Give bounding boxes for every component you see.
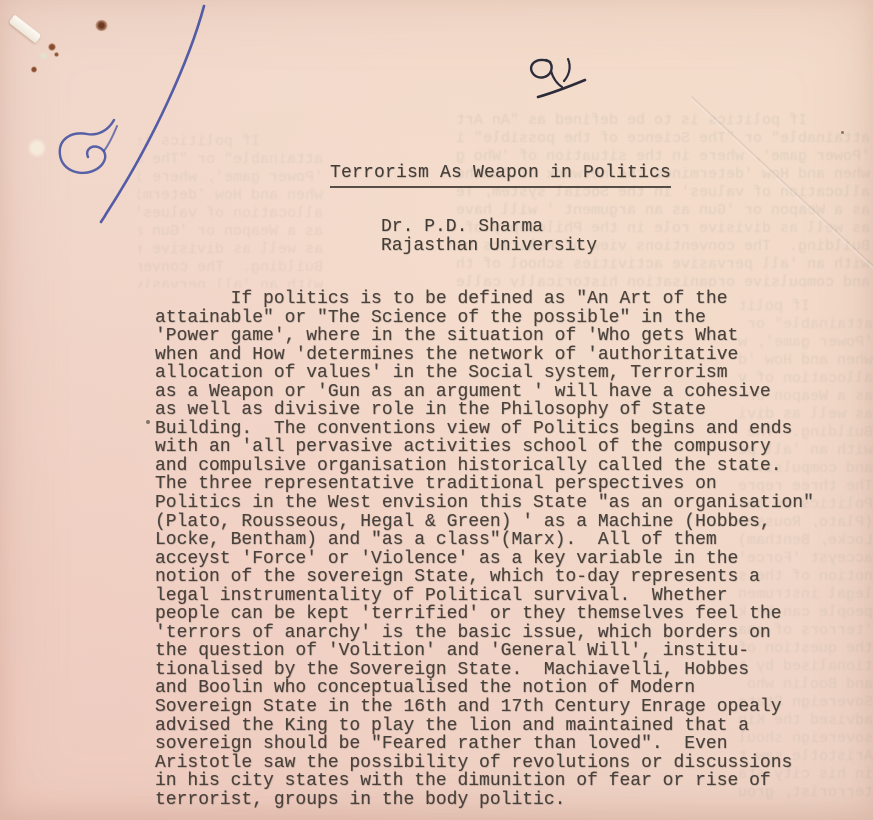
scanned-document-page: If politics is to be defined as "An Art … <box>0 0 873 820</box>
document-body: If politics is to be defined as "An Art … <box>155 290 814 809</box>
document-title: Terrorism As Weapon in Politics <box>330 163 671 188</box>
author-name: Dr. P.D. Sharma <box>381 218 597 237</box>
typed-text-layer: Terrorism As Weapon in Politics Dr. P.D.… <box>0 0 873 820</box>
author-block: Dr. P.D. Sharma Rajasthan University <box>381 218 597 256</box>
author-affiliation: Rajasthan University <box>381 237 597 256</box>
